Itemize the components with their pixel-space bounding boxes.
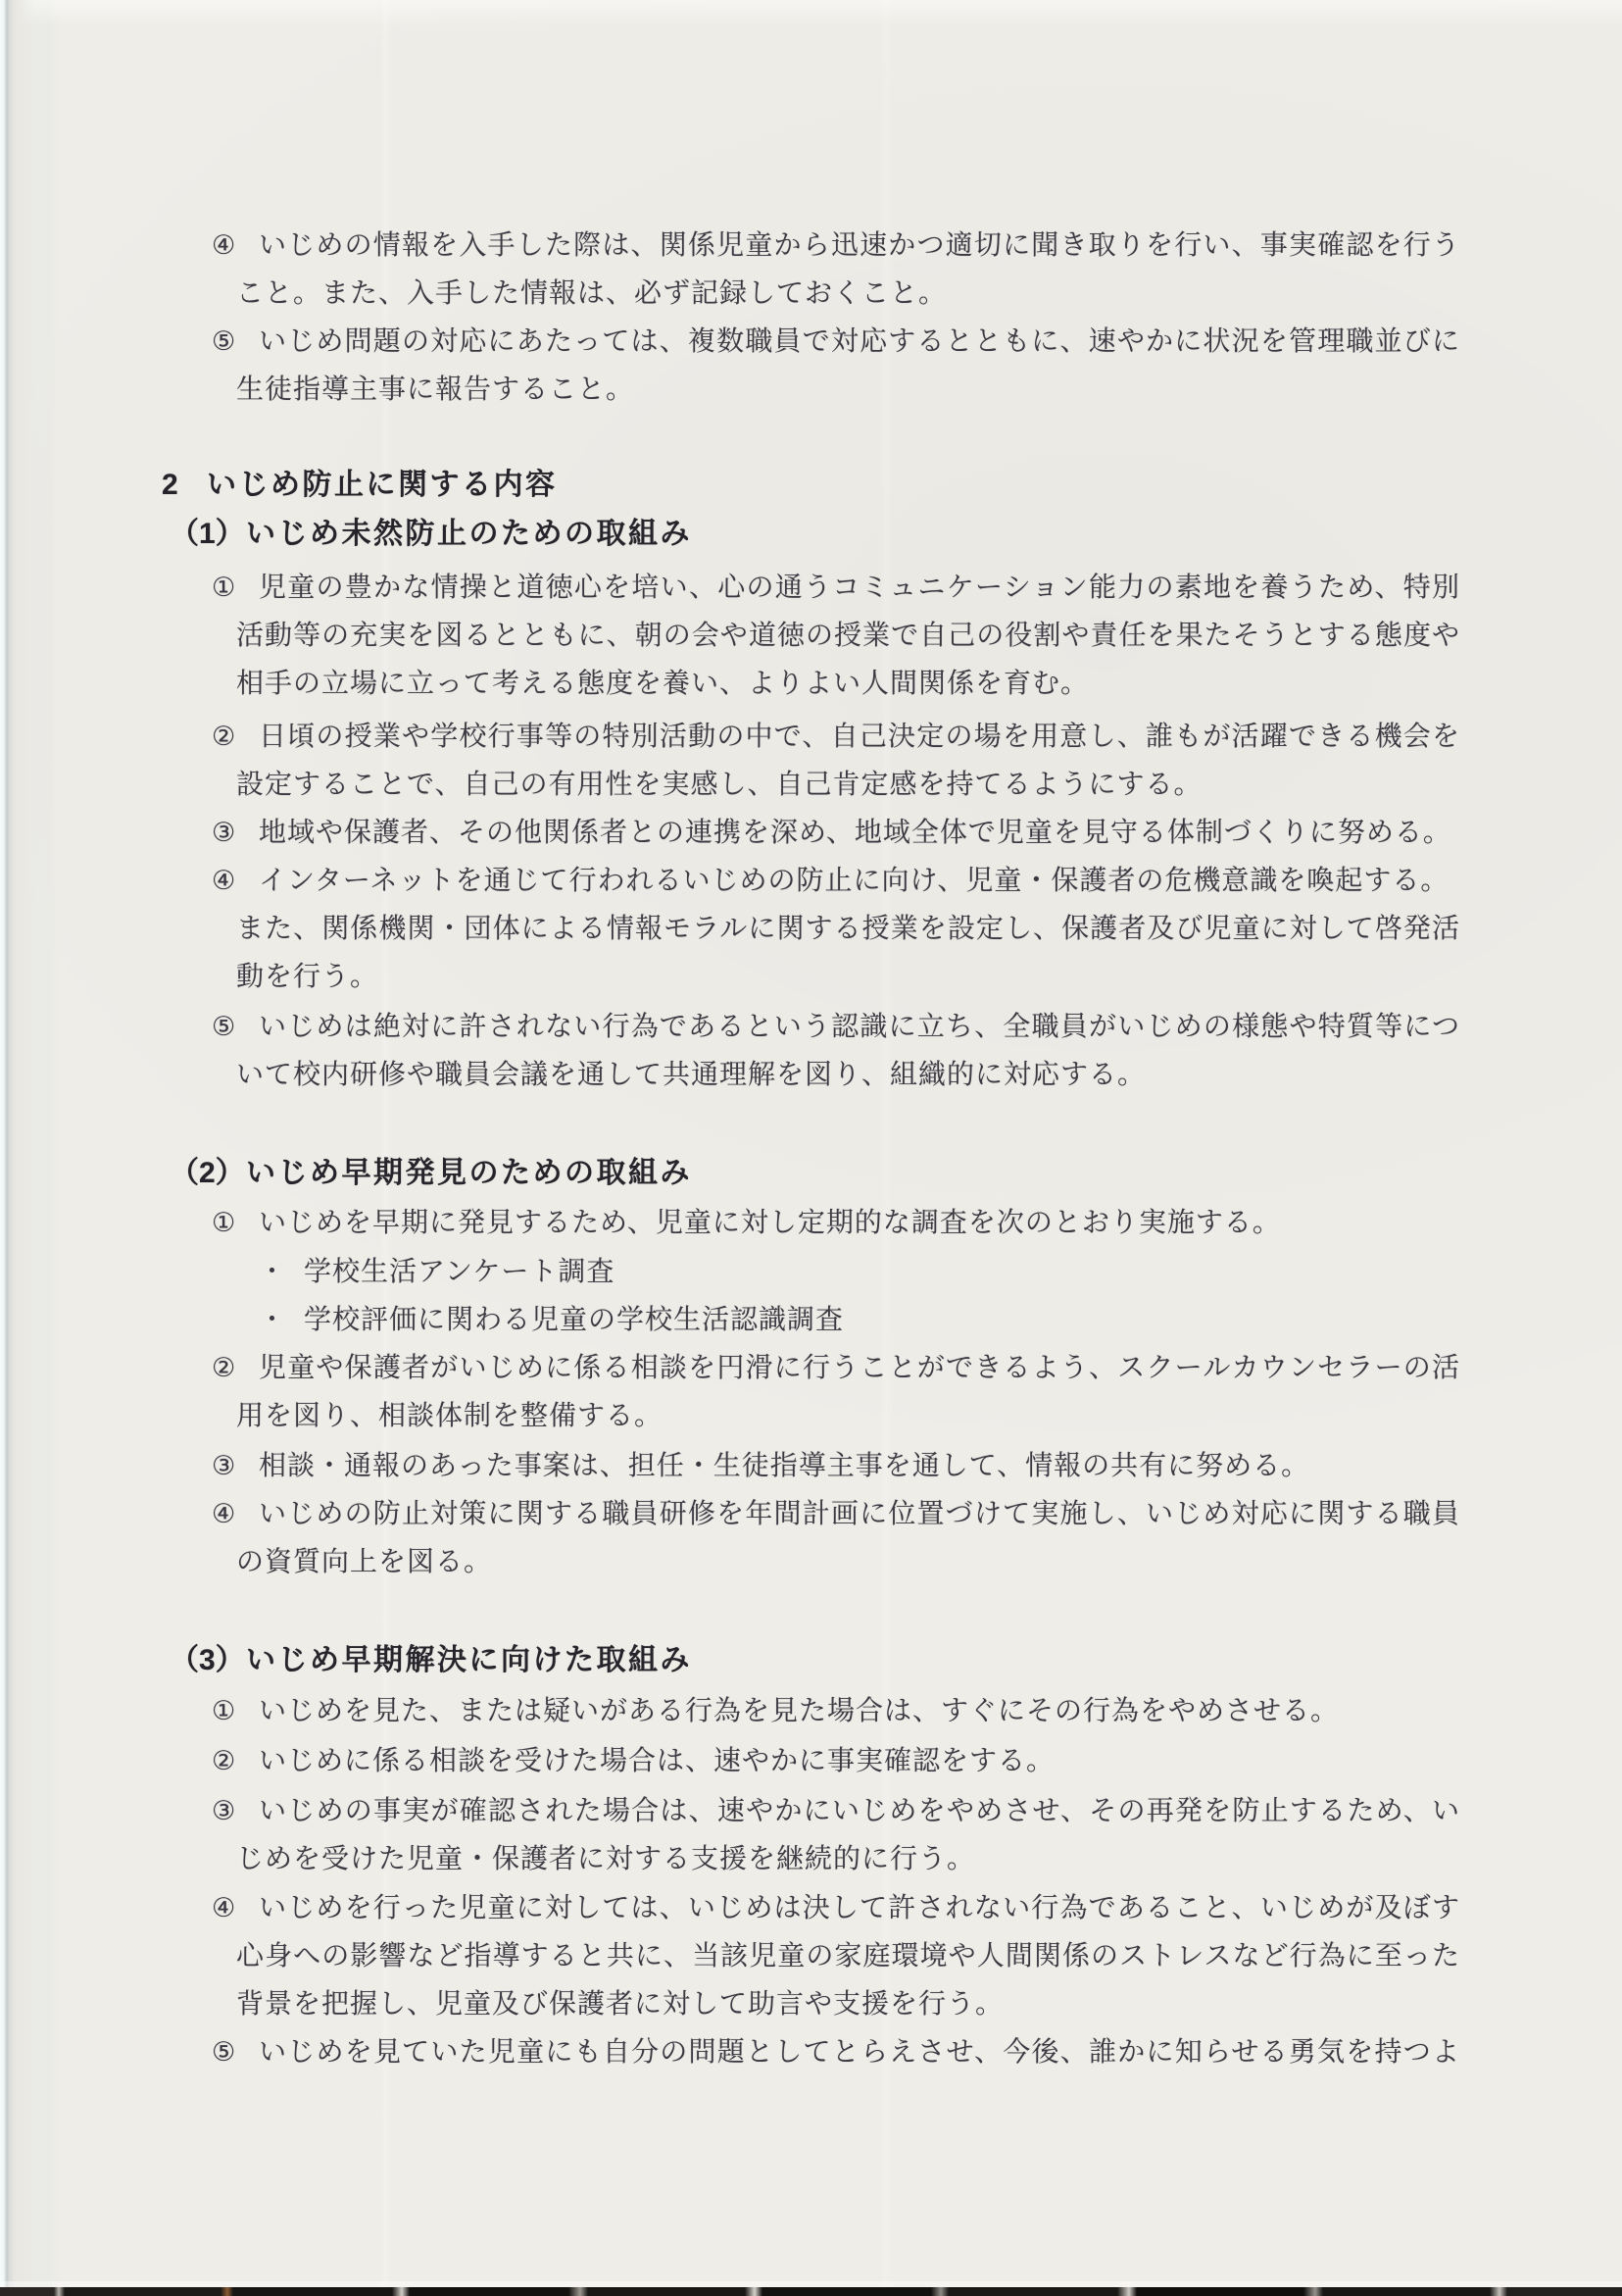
intro-item-continuation: こと。また、入手した情報は、必ず記録しておくこと。 [236,270,1460,318]
list-item-line: ④ インターネットを通じて行われるいじめの防止に向け、児童・保護者の危機意識を喚… [212,857,1460,905]
item-continuation: いて校内研修や職員会議を通して共通理解を図り、組織的に対応する。 [236,1051,1460,1099]
item-text: の資質向上を図る。 [236,1538,1460,1586]
subsection-label: （2） [170,1149,246,1197]
subsection-heading: （3） いじめ早期解決に向けた取組み [170,1636,1460,1684]
item-text: 動を行う。 [236,953,1460,1001]
item-marker: ④ [212,222,259,270]
list-item-line: ④ いじめの防止対策に関する職員研修を年間計画に位置づけて実施し、いじめ対応に関… [212,1490,1460,1538]
item-marker: ② [212,713,259,761]
item-text: いて校内研修や職員会議を通して共通理解を図り、組織的に対応する。 [236,1051,1460,1099]
list-item-line: ② いじめに係る相談を受けた場合は、速やかに事実確認をする。 [212,1737,1460,1785]
intro-item-line: ⑤ いじめ問題の対応にあたっては、複数職員で対応するとともに、速やかに状況を管理… [212,318,1460,366]
subsection-heading: （2） いじめ早期発見のための取組み [170,1149,1460,1197]
bullet-text: 学校評価に関わる児童の学校生活認識調査 [304,1296,1460,1344]
subsection-label: （1） [170,510,246,558]
bullet-item: ・ 学校評価に関わる児童の学校生活認識調査 [259,1296,1460,1344]
item-text: いじめの防止対策に関する職員研修を年間計画に位置づけて実施し、いじめ対応に関する… [259,1490,1460,1538]
list-item-line: ② 児童や保護者がいじめに係る相談を円滑に行うことができるよう、スクールカウンセ… [212,1344,1460,1392]
subsection-label: （3） [170,1636,246,1684]
bullet-item: ・ 学校生活アンケート調査 [259,1248,1460,1296]
item-marker: ⑤ [212,1003,259,1051]
subsection-title: いじめ未然防止のための取組み [246,510,692,558]
item-text: 心身への影響など指導すると共に、当該児童の家庭環境や人間関係のストレスなど行為に… [236,1932,1460,1980]
list-item-line: ⑤ いじめを見ていた児童にも自分の問題としてとらえさせ、今後、誰かに知らせる勇気… [212,2028,1460,2076]
list-item-line: ① いじめを見た、または疑いがある行為を見た場合は、すぐにその行為をやめさせる。 [212,1687,1460,1735]
item-text: いじめに係る相談を受けた場合は、速やかに事実確認をする。 [259,1737,1460,1785]
item-marker: ① [212,1687,259,1735]
item-marker: ③ [212,1442,259,1490]
bullet-marker: ・ [259,1248,304,1296]
section-title: いじめ防止に関する内容 [207,461,558,509]
item-continuation: 心身への影響など指導すると共に、当該児童の家庭環境や人間関係のストレスなど行為に… [236,1932,1460,1980]
document-body: ④ いじめの情報を入手した際は、関係児童から迅速かつ適切に聞き取りを行い、事実確… [0,222,1622,2076]
item-text: いじめを早期に発見するため、児童に対し定期的な調査を次のとおり実施する。 [259,1199,1460,1247]
item-continuation: 設定することで、自己の有用性を実感し、自己肯定感を持てるようにする。 [236,761,1460,809]
intro-item-line: ④ いじめの情報を入手した際は、関係児童から迅速かつ適切に聞き取りを行い、事実確… [212,222,1460,270]
item-text: 用を図り、相談体制を整備する。 [236,1392,1460,1440]
item-marker: ⑤ [212,2028,259,2076]
list-item-line: ⑤ いじめは絶対に許されない行為であるという認識に立ち、全職員がいじめの様態や特… [212,1003,1460,1051]
item-text: いじめを見ていた児童にも自分の問題としてとらえさせ、今後、誰かに知らせる勇気を持… [259,2028,1460,2076]
item-text: 活動等の充実を図るとともに、朝の会や道徳の授業で自己の役割や責任を果たそうとする… [236,612,1460,660]
subsection-heading: （1） いじめ未然防止のための取組み [170,510,1460,558]
item-text: 地域や保護者、その他関係者との連携を深め、地域全体で児童を見守る体制づくりに努め… [259,809,1460,857]
item-marker: ④ [212,1490,259,1538]
item-marker: ④ [212,857,259,905]
item-marker: ③ [212,809,259,857]
list-item-line: ③ 相談・通報のあった事案は、担任・生徒指導主事を通して、情報の共有に努める。 [212,1442,1460,1490]
item-text: 相手の立場に立って考える態度を養い、よりよい人間関係を育む。 [236,660,1460,708]
item-text: 設定することで、自己の有用性を実感し、自己肯定感を持てるようにする。 [236,761,1460,809]
item-continuation: じめを受けた児童・保護者に対する支援を継続的に行う。 [236,1835,1460,1883]
item-continuation: 相手の立場に立って考える態度を養い、よりよい人間関係を育む。 [236,660,1460,708]
list-item-line: ③ 地域や保護者、その他関係者との連携を深め、地域全体で児童を見守る体制づくりに… [212,809,1460,857]
bullet-text: 学校生活アンケート調査 [304,1248,1460,1296]
item-continuation: 用を図り、相談体制を整備する。 [236,1392,1460,1440]
item-marker: ① [212,1199,259,1247]
item-continuation: 動を行う。 [236,953,1460,1001]
section-number: 2 [162,461,207,509]
item-continuation: 背景を把握し、児童及び保護者に対して助言や支援を行う。 [236,1980,1460,2028]
item-continuation: 活動等の充実を図るとともに、朝の会や道徳の授業で自己の役割や責任を果たそうとする… [236,612,1460,660]
list-item-line: ④ いじめを行った児童に対しては、いじめは決して許されない行為であること、いじめ… [212,1884,1460,1932]
item-text: いじめを見た、または疑いがある行為を見た場合は、すぐにその行為をやめさせる。 [259,1687,1460,1735]
scanned-page: ④ いじめの情報を入手した際は、関係児童から迅速かつ適切に聞き取りを行い、事実確… [0,0,1622,2296]
intro-item-continuation: 生徒指導主事に報告すること。 [236,366,1460,414]
item-marker: ④ [212,1884,259,1932]
list-item-line: ① いじめを早期に発見するため、児童に対し定期的な調査を次のとおり実施する。 [212,1199,1460,1247]
item-text: 相談・通報のあった事案は、担任・生徒指導主事を通して、情報の共有に努める。 [259,1442,1460,1490]
item-marker: ⑤ [212,318,259,366]
item-text: じめを受けた児童・保護者に対する支援を継続的に行う。 [236,1835,1460,1883]
list-item-line: ② 日頃の授業や学校行事等の特別活動の中で、自己決定の場を用意し、誰もが活躍でき… [212,713,1460,761]
item-continuation: の資質向上を図る。 [236,1538,1460,1586]
item-text: いじめは絶対に許されない行為であるという認識に立ち、全職員がいじめの様態や特質等… [259,1003,1460,1051]
item-continuation: また、関係機関・団体による情報モラルに関する授業を設定し、保護者及び児童に対して… [236,905,1460,953]
section-heading: 2 いじめ防止に関する内容 [162,461,1460,509]
item-text: 児童や保護者がいじめに係る相談を円滑に行うことができるよう、スクールカウンセラー… [259,1344,1460,1392]
list-item-line: ③ いじめの事実が確認された場合は、速やかにいじめをやめさせ、その再発を防止する… [212,1787,1460,1835]
item-text: 日頃の授業や学校行事等の特別活動の中で、自己決定の場を用意し、誰もが活躍できる機… [259,713,1460,761]
item-text: いじめの情報を入手した際は、関係児童から迅速かつ適切に聞き取りを行い、事実確認を… [259,222,1460,270]
bullet-marker: ・ [259,1296,304,1344]
scan-bottom-edge [0,2287,1622,2296]
item-text: また、関係機関・団体による情報モラルに関する授業を設定し、保護者及び児童に対して… [236,905,1460,953]
item-text: いじめ問題の対応にあたっては、複数職員で対応するとともに、速やかに状況を管理職並… [259,318,1460,366]
item-text: 背景を把握し、児童及び保護者に対して助言や支援を行う。 [236,1980,1460,2028]
subsection-title: いじめ早期解決に向けた取組み [246,1636,692,1684]
item-marker: ② [212,1737,259,1785]
item-text: 児童の豊かな情操と道徳心を培い、心の通うコミュニケーション能力の素地を養うため、… [259,564,1460,612]
item-text: 生徒指導主事に報告すること。 [236,366,1460,414]
subsection-title: いじめ早期発見のための取組み [246,1149,692,1197]
list-item-line: ① 児童の豊かな情操と道徳心を培い、心の通うコミュニケーション能力の素地を養うた… [212,564,1460,612]
item-text: こと。また、入手した情報は、必ず記録しておくこと。 [236,270,1460,318]
item-text: いじめの事実が確認された場合は、速やかにいじめをやめさせ、その再発を防止するため… [259,1787,1460,1835]
item-marker: ② [212,1344,259,1392]
item-text: いじめを行った児童に対しては、いじめは決して許されない行為であること、いじめが及… [259,1884,1460,1932]
item-marker: ① [212,564,259,612]
item-marker: ③ [212,1787,259,1835]
item-text: インターネットを通じて行われるいじめの防止に向け、児童・保護者の危機意識を喚起す… [259,857,1460,905]
